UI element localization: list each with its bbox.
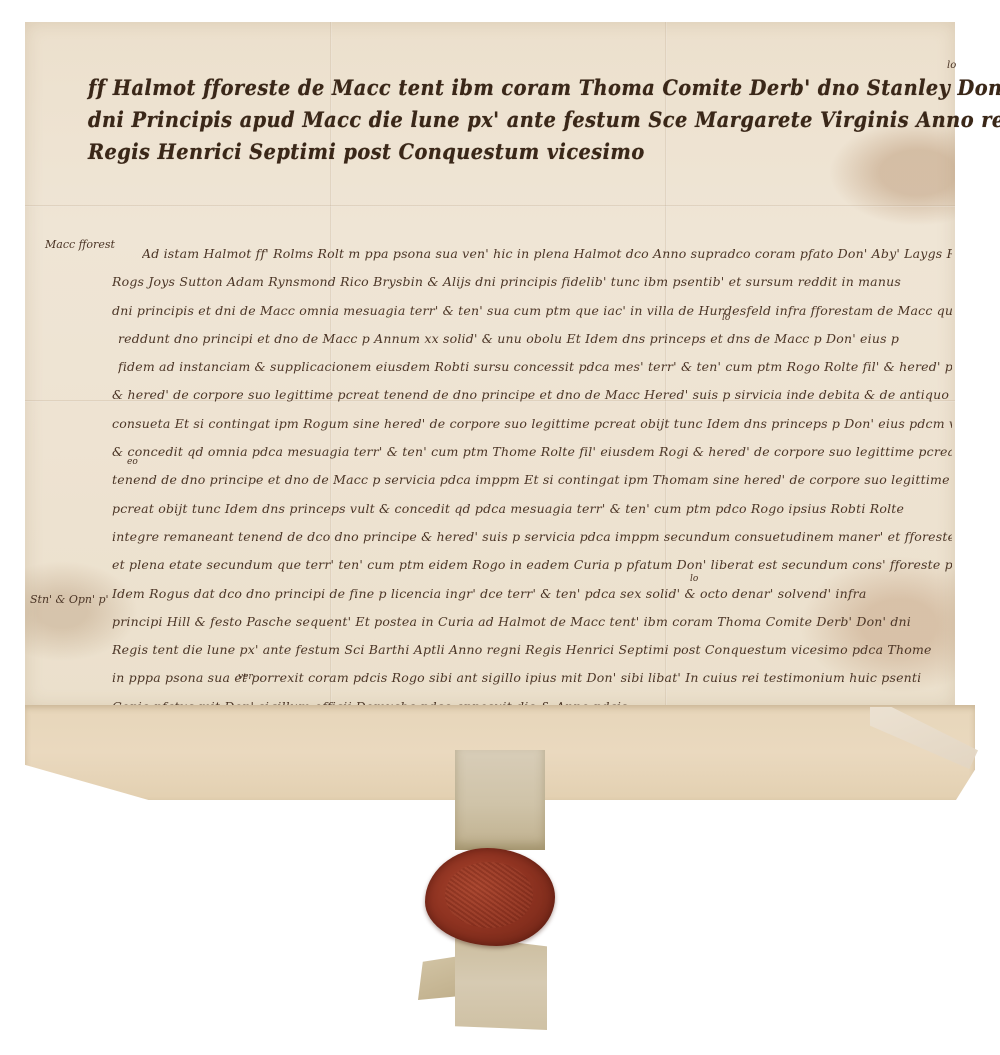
body-line: fidem ad instanciam & supplicacionem eiu… (118, 353, 952, 381)
body-line: consueta Et si contingat ipm Rogum sine … (112, 410, 952, 438)
body-line: pcreat obijt tunc Idem dns princeps vult… (112, 495, 952, 523)
body-line: reddunt dno principi et dno de Macc p An… (118, 325, 952, 353)
margin-note: Stn' & Opn' p' (30, 593, 109, 606)
margin-note: Macc fforest (45, 238, 115, 251)
heading-line: ff Halmot fforeste de Macc tent ibm cora… (88, 72, 879, 104)
interlinear-mark: lo (722, 313, 730, 323)
interlinear-mark: eo (127, 457, 138, 467)
wax-seal (425, 848, 555, 946)
interlinear-mark: lo (690, 574, 698, 584)
body-line: Regis tent die lune px' ante festum Sci … (112, 636, 952, 664)
body-line: dni principis et dni de Macc omnia mesua… (112, 297, 952, 325)
superscript-mark: lo (947, 60, 956, 71)
body-line: tenend de dno principe et dno de Macc p … (112, 466, 952, 494)
heading-line: Regis Henrici Septimi post Conquestum vi… (88, 136, 879, 168)
body-line: & hered' de corpore suo legittime pcreat… (112, 381, 952, 409)
body-line: principi Hill & festo Pasche sequent' Et… (112, 608, 952, 636)
body-line: Idem Rogus dat dco dno principi de fine … (112, 580, 952, 608)
document-body: Ad istam Halmot ff' Rolms Rolt m ppa pso… (112, 240, 952, 721)
body-line: & concedit qd omnia pdca mesuagia terr' … (112, 438, 952, 466)
heading-line: dni Principis apud Macc die lune px' ant… (88, 104, 879, 136)
seal-tag-lower (455, 935, 547, 1030)
body-line: Rogs Joys Sutton Adam Rynsmond Rico Brys… (112, 268, 952, 296)
body-line: et plena etate secundum que terr' ten' c… (112, 551, 952, 579)
horizontal-fold-crease (25, 205, 955, 207)
body-line: integre remaneant tenend de dco dno prin… (112, 523, 952, 551)
seal-tag-upper (455, 750, 545, 850)
document-heading: ff Halmot fforeste de Macc tent ibm cora… (88, 72, 948, 168)
interlinear-mark: ver (238, 672, 253, 682)
body-line: Ad istam Halmot ff' Rolms Rolt m ppa pso… (142, 240, 952, 268)
